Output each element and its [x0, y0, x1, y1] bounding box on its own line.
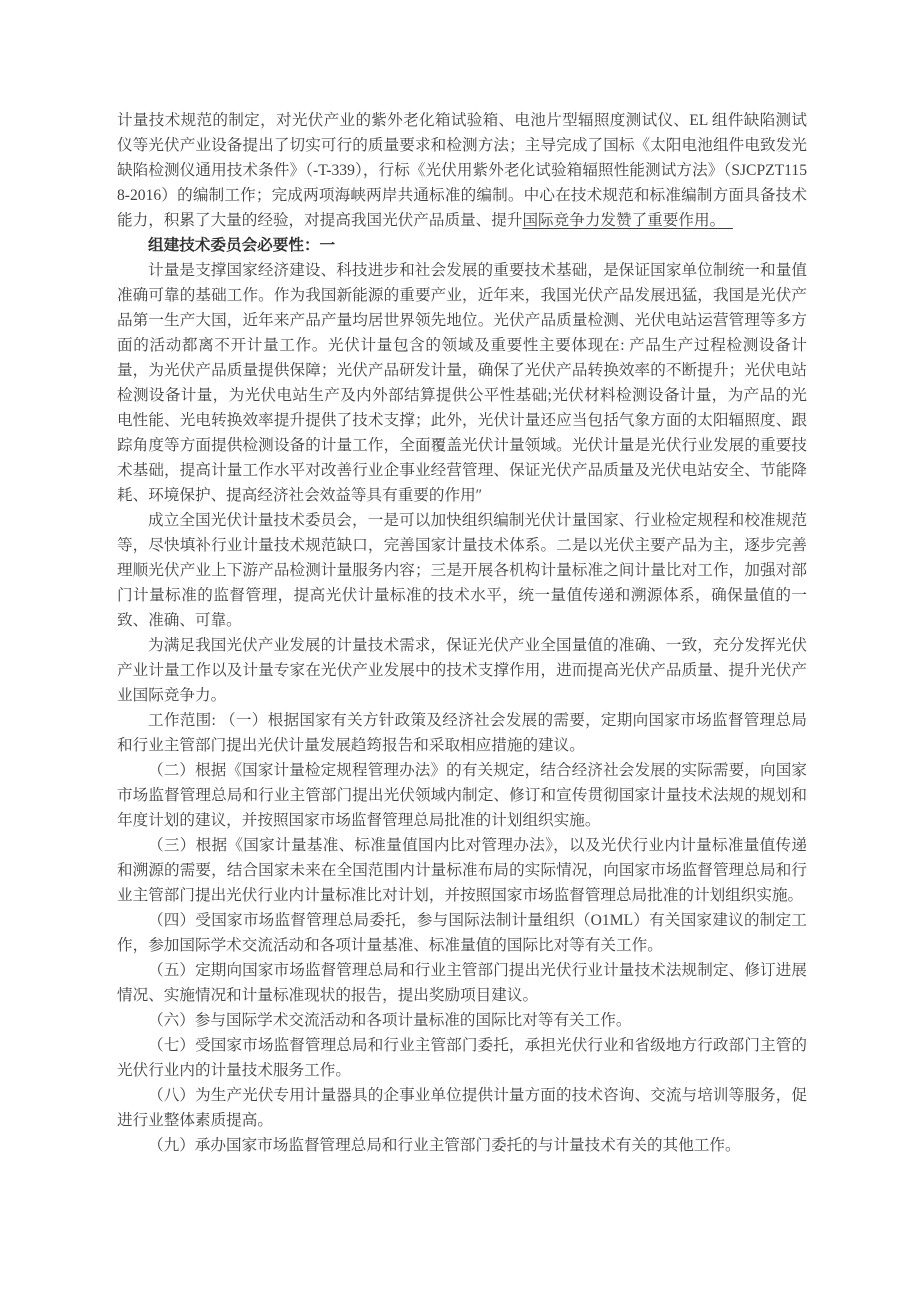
text-run: （五）定期向国家市场监督管理总局和行业主管部门提出光伏行业计量技术法规制定、修订…	[117, 962, 807, 1004]
paragraph: 工作范围: （一）根据国家有关方针政策及经济社会发展的需要，定期向国家市场监督管…	[117, 708, 807, 758]
paragraph: 为满足我国光伏产业发展的计量技术需求，保证光伏产业全国量值的准确、一致，充分发挥…	[117, 633, 807, 708]
text-run: （八）为生产光伏专用计量器具的企事业单位提供计量方面的技术咨询、交流与培训等服务…	[117, 1087, 807, 1129]
paragraph: （九）承办国家市场监督管理总局和行业主管部门委托的与计量技术有关的其他工作。	[117, 1133, 807, 1158]
document-body: 计量技术规范的制定，对光伏产业的紫外老化箱试验箱、电池片型辐照度测试仪、EL 组…	[117, 108, 807, 1158]
paragraph: 计量技术规范的制定，对光伏产业的紫外老化箱试验箱、电池片型辐照度测试仪、EL 组…	[117, 108, 807, 233]
text-run: 计量是支撑国家经济建设、科技进步和社会发展的重要技术基础，是保证国家单位制统一和…	[117, 262, 807, 504]
paragraph: （六）参与国际学术交流活动和各项计量标准的国际比对等有关工作。	[117, 1008, 807, 1033]
paragraph: （五）定期向国家市场监督管理总局和行业主管部门提出光伏行业计量技术法规制定、修订…	[117, 958, 807, 1008]
text-run: （六）参与国际学术交流活动和各项计量标准的国际比对等有关工作。	[148, 1012, 631, 1029]
paragraph: （八）为生产光伏专用计量器具的企事业单位提供计量方面的技术咨询、交流与培训等服务…	[117, 1083, 807, 1133]
text-run: 组建技术委员会必要性：一	[148, 237, 335, 254]
paragraph: （二）根据《国家计量检定规程管理办法》的有关规定，结合经济社会发展的实际需要，向…	[117, 758, 807, 833]
text-run: （四）受国家市场监督管理总局委托，参与国际法制计量组织（O1ML）有关国家建议的…	[117, 912, 807, 954]
text-run: （三）根据《国家计量基准、标准量值国内比对管理办法》，以及光伏行业内计量标准量值…	[117, 837, 807, 904]
paragraph: 成立全国光伏计量技术委员会，一是可以加快组织编制光伏计量国家、行业检定规程和校准…	[117, 508, 807, 633]
paragraph: （四）受国家市场监督管理总局委托，参与国际法制计量组织（O1ML）有关国家建议的…	[117, 908, 807, 958]
section-heading: 组建技术委员会必要性：一	[117, 233, 807, 258]
text-run: （二）根据《国家计量检定规程管理办法》的有关规定，结合经济社会发展的实际需要，向…	[117, 762, 807, 829]
document-page: 计量技术规范的制定，对光伏产业的紫外老化箱试验箱、电池片型辐照度测试仪、EL 组…	[0, 0, 920, 1301]
text-run: 成立全国光伏计量技术委员会，一是可以加快组织编制光伏计量国家、行业检定规程和校准…	[117, 512, 807, 629]
text-run: （七）受国家市场监督管理总局和行业主管部门委托，承担光伏行业和省级地方行政部门主…	[117, 1037, 807, 1079]
text-run: （九）承办国家市场监督管理总局和行业主管部门委托的与计量技术有关的其他工作。	[148, 1137, 741, 1154]
paragraph: 计量是支撑国家经济建设、科技进步和社会发展的重要技术基础，是保证国家单位制统一和…	[117, 258, 807, 508]
paragraph: （七）受国家市场监督管理总局和行业主管部门委托，承担光伏行业和省级地方行政部门主…	[117, 1033, 807, 1083]
underlined-text	[717, 212, 733, 229]
text-run: 工作范围: （一）根据国家有关方针政策及经济社会发展的需要，定期向国家市场监督管…	[117, 712, 807, 754]
paragraph: （三）根据《国家计量基准、标准量值国内比对管理办法》，以及光伏行业内计量标准量值…	[117, 833, 807, 908]
text-run: 为满足我国光伏产业发展的计量技术需求，保证光伏产业全国量值的准确、一致，充分发挥…	[117, 637, 807, 704]
underlined-text: 国际竞争力发赞了重要作用。	[522, 212, 717, 229]
